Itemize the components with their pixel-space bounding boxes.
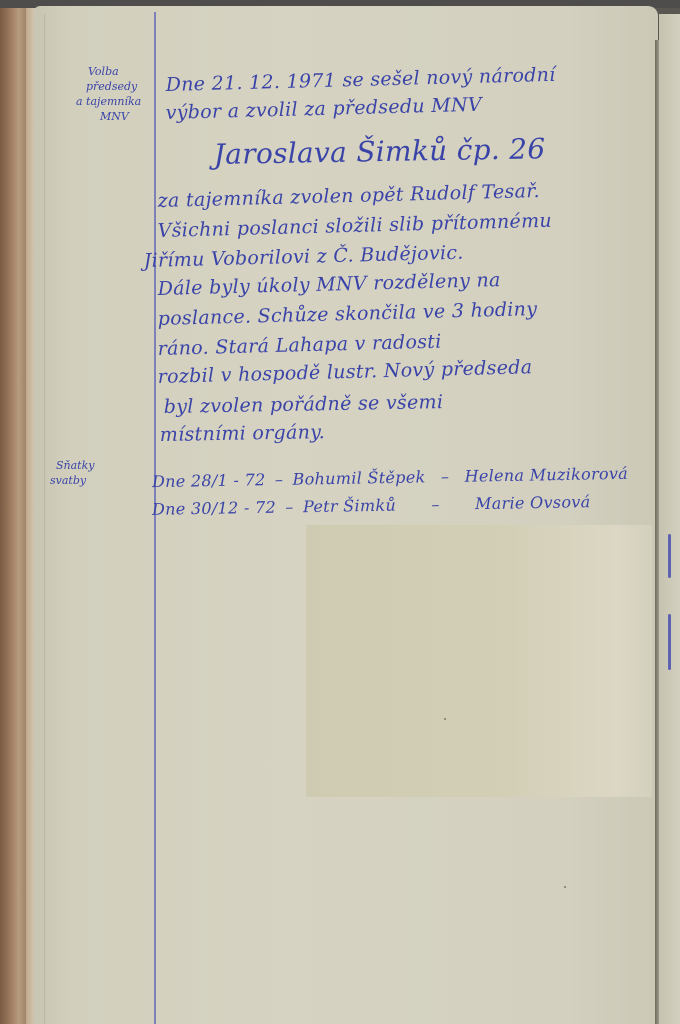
paper-speck <box>564 886 566 888</box>
margin-note-line: a tajemníka <box>76 94 141 109</box>
wedding-row: Dne 28/1 - 72 – Bohumil Štěpek – Helena … <box>152 464 628 491</box>
book-scan: Volba předsedy a tajemníka MNV Sňatky sv… <box>0 0 680 1024</box>
entry-line: výbor a zvolil za předsedu MNV <box>165 94 482 124</box>
margin-note-election: Volba předsedy a tajemníka MNV <box>80 64 141 124</box>
wedding-groom: Petr Šimků <box>303 496 396 517</box>
entry-line: Jiřímu Voborilovi z Č. Budějovic. <box>143 242 463 272</box>
paper-speck <box>444 718 446 720</box>
ink-mark <box>668 534 671 578</box>
pasted-paper-slip <box>306 525 652 797</box>
wedding-date: Dne 28/1 - 72 <box>152 470 266 491</box>
entry-line: Dne 21. 12. 1971 se sešel nový národní <box>165 64 555 96</box>
entry-line: za tajemníka zvolen opět Rudolf Tesař. <box>157 180 540 212</box>
ledger-page: Volba předsedy a tajemníka MNV Sňatky sv… <box>34 6 658 1024</box>
chairman-name: Jaroslava Šimků čp. 26 <box>213 132 545 171</box>
wedding-groom: Bohumil Štěpek <box>292 467 425 488</box>
entry-line: Dále byly úkoly MNV rozděleny na <box>157 269 500 300</box>
wedding-bride: Helena Muzikorová <box>464 464 628 486</box>
entry-line: ráno. Stará Lahapa v radosti <box>157 331 441 360</box>
margin-note-line: MNV <box>100 109 141 124</box>
entry-line: poslance. Schůze skončila ve 3 hodiny <box>157 298 537 330</box>
entry-line: rozbil v hospodě lustr. Nový předseda <box>157 356 532 388</box>
page-margin-line <box>44 14 45 1024</box>
next-page-edge <box>659 14 680 1024</box>
margin-note-weddings: Sňatky svatby <box>50 458 94 488</box>
margin-note-line: Sňatky <box>56 458 94 473</box>
margin-note-line: Volba <box>88 64 141 79</box>
wedding-bride: Marie Ovsová <box>475 492 591 513</box>
margin-note-line: předsedy <box>86 79 141 94</box>
margin-note-line: svatby <box>50 473 94 488</box>
wedding-row: Dne 30/12 - 72 – Petr Šimků – Marie Ovso… <box>152 492 591 519</box>
wedding-date: Dne 30/12 - 72 <box>152 498 276 519</box>
entry-line: Všichni poslanci složili slib přítomnému <box>157 210 552 242</box>
entry-line: byl zvolen pořádně se všemi <box>164 391 444 418</box>
entry-line: místními orgány. <box>160 421 326 446</box>
ink-mark <box>668 614 671 670</box>
